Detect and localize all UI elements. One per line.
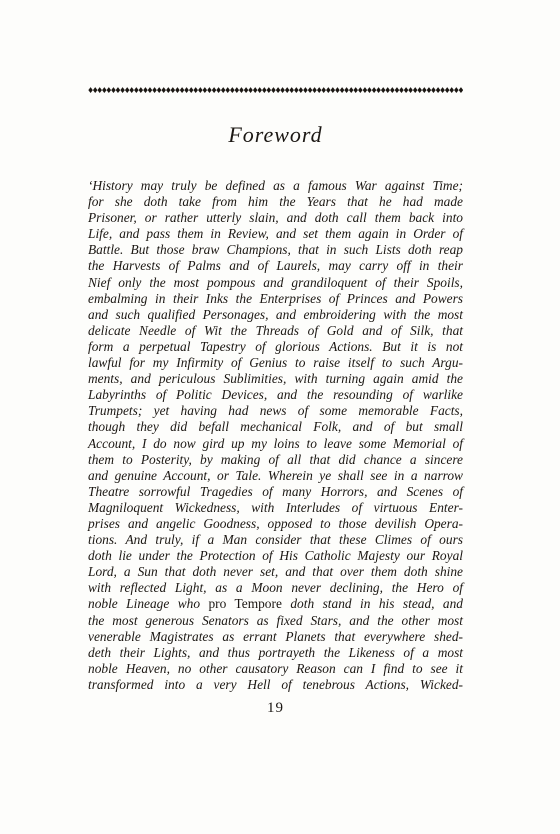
text-line: noble Lineage who pro Tempore doth stand… [88,596,463,612]
book-page: ♦♦♦♦♦♦♦♦♦♦♦♦♦♦♦♦♦♦♦♦♦♦♦♦♦♦♦♦♦♦♦♦♦♦♦♦♦♦♦♦… [0,0,560,834]
text-line: Magniloquent Wickedness, with Interludes… [88,500,463,516]
text-line: Life, and pass them in Review, and set t… [88,226,463,242]
text-line: Trumpets; yet having had news of some me… [88,403,463,419]
page-number: 19 [88,700,463,717]
text-line: though they did befall mechanical Folk, … [88,419,463,435]
text-line: transformed into a very Hell of tenebrou… [88,677,463,693]
text-line: the most generous Senators as fixed Star… [88,613,463,629]
text-line: Labyrinths of Politic Devices, and the r… [88,387,463,403]
text-line: tions. And truly, if a Man consider that… [88,532,463,548]
text-line: noble Heaven, no other causatory Reason … [88,661,463,677]
text-line: and such qualified Personages, and embro… [88,307,463,323]
text-line: them to Posterity, by making of all that… [88,452,463,468]
text-line: ‘History may truly be defined as a famou… [88,178,463,194]
text-line: ments, and periculous Sublimities, with … [88,371,463,387]
text-line: Battle. But those braw Champions, that i… [88,242,463,258]
text-line: embalming in their Inks the Enterprises … [88,291,463,307]
text-line: delicate Needle of Wit the Threads of Go… [88,323,463,339]
text-line: Theatre sorrowful Tragedies of many Horr… [88,484,463,500]
text-line: Account, I do now gird up my loins to le… [88,436,463,452]
text-line: Nief only the most pompous and grandiloq… [88,275,463,291]
text-line: prises and angelic Goodness, opposed to … [88,516,463,532]
chapter-title: Foreword [88,121,463,149]
text-line: venerable Magistrates as errant Planets … [88,629,463,645]
ornament-rule: ♦♦♦♦♦♦♦♦♦♦♦♦♦♦♦♦♦♦♦♦♦♦♦♦♦♦♦♦♦♦♦♦♦♦♦♦♦♦♦♦… [87,85,463,96]
text-line: the Harvests of Palms and of Laurels, ma… [88,258,463,274]
text-line: with reflected Light, as a Moon never de… [88,580,463,596]
text-line: Prisoner, or rather utterly slain, and d… [88,210,463,226]
text-line: for she doth take from him the Years tha… [88,194,463,210]
text-line: and genuine Account, or Tale. Wherein ye… [88,468,463,484]
text-line: deth their Lights, and thus portrayeth t… [88,645,463,661]
text-line: Lord, a Sun that doth never set, and tha… [88,564,463,580]
text-line: form a perpetual Tapestry of glorious Ac… [88,339,463,355]
foreword-text: ‘History may truly be defined as a famou… [88,178,463,693]
text-line: lawful for my Infirmity of Genius to rai… [88,355,463,371]
text-line: doth lie under the Protection of His Cat… [88,548,463,564]
